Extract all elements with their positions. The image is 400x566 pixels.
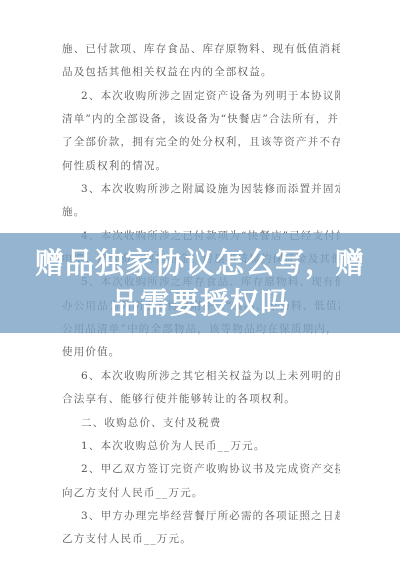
doc-line: 何性质权利的情况。 (62, 155, 340, 178)
title-banner: 赠品独家协议怎么写，赠品需要授权吗 (0, 233, 400, 333)
doc-line: 合法享有、能够行使并能够转让的各项权利。 (62, 388, 340, 411)
doc-line: 1、本次收购总价为人民币__万元。 (62, 435, 340, 458)
doc-line: 了全部价款，拥有完全的处分权利，且该等资产并不存在被设定任 (62, 131, 340, 154)
section-heading: 二、收购总价、支付及税费 (62, 412, 340, 435)
doc-line: 向乙方支付人民币__万元。 (62, 482, 340, 505)
banner-title: 赠品独家协议怎么写，赠品需要授权吗 (30, 243, 370, 323)
document-page: 施、已付款项、库存食品、库存原物料、现有低值消耗品、办公用 品及包括其他相关权益… (0, 0, 400, 566)
doc-line: 3、甲方办理完毕经营餐厅所必需的各项证照之日起__日内，向 (62, 505, 340, 528)
doc-line: 3、本次收购所涉之附属设施为因装修而添置并固定于店内的设 (62, 178, 340, 201)
doc-line: 2、本次收购所涉之固定资产设备为列明于本协议附件一“资产 (62, 85, 340, 108)
doc-line: 品及包括其他相关权益在内的全部权益。 (62, 61, 340, 84)
doc-line: 施、已付款项、库存食品、库存原物料、现有低值消耗品、办公用 (62, 38, 340, 61)
doc-line: 2、甲乙双方签订完资产收购协议书及完成资产交接后___日内， (62, 458, 340, 481)
doc-line: 清单”内的全部设备，该设备为“快餐店”合法所有，并为此支付 (62, 108, 340, 131)
doc-line: 施。 (62, 201, 340, 224)
doc-line: 乙方支付人民币__万元。 (62, 528, 340, 551)
doc-line: 6、本次收购所涉之其它相关权益为以上未列明的由“快餐店” (62, 365, 340, 388)
doc-line: 使用价值。 (62, 341, 340, 364)
